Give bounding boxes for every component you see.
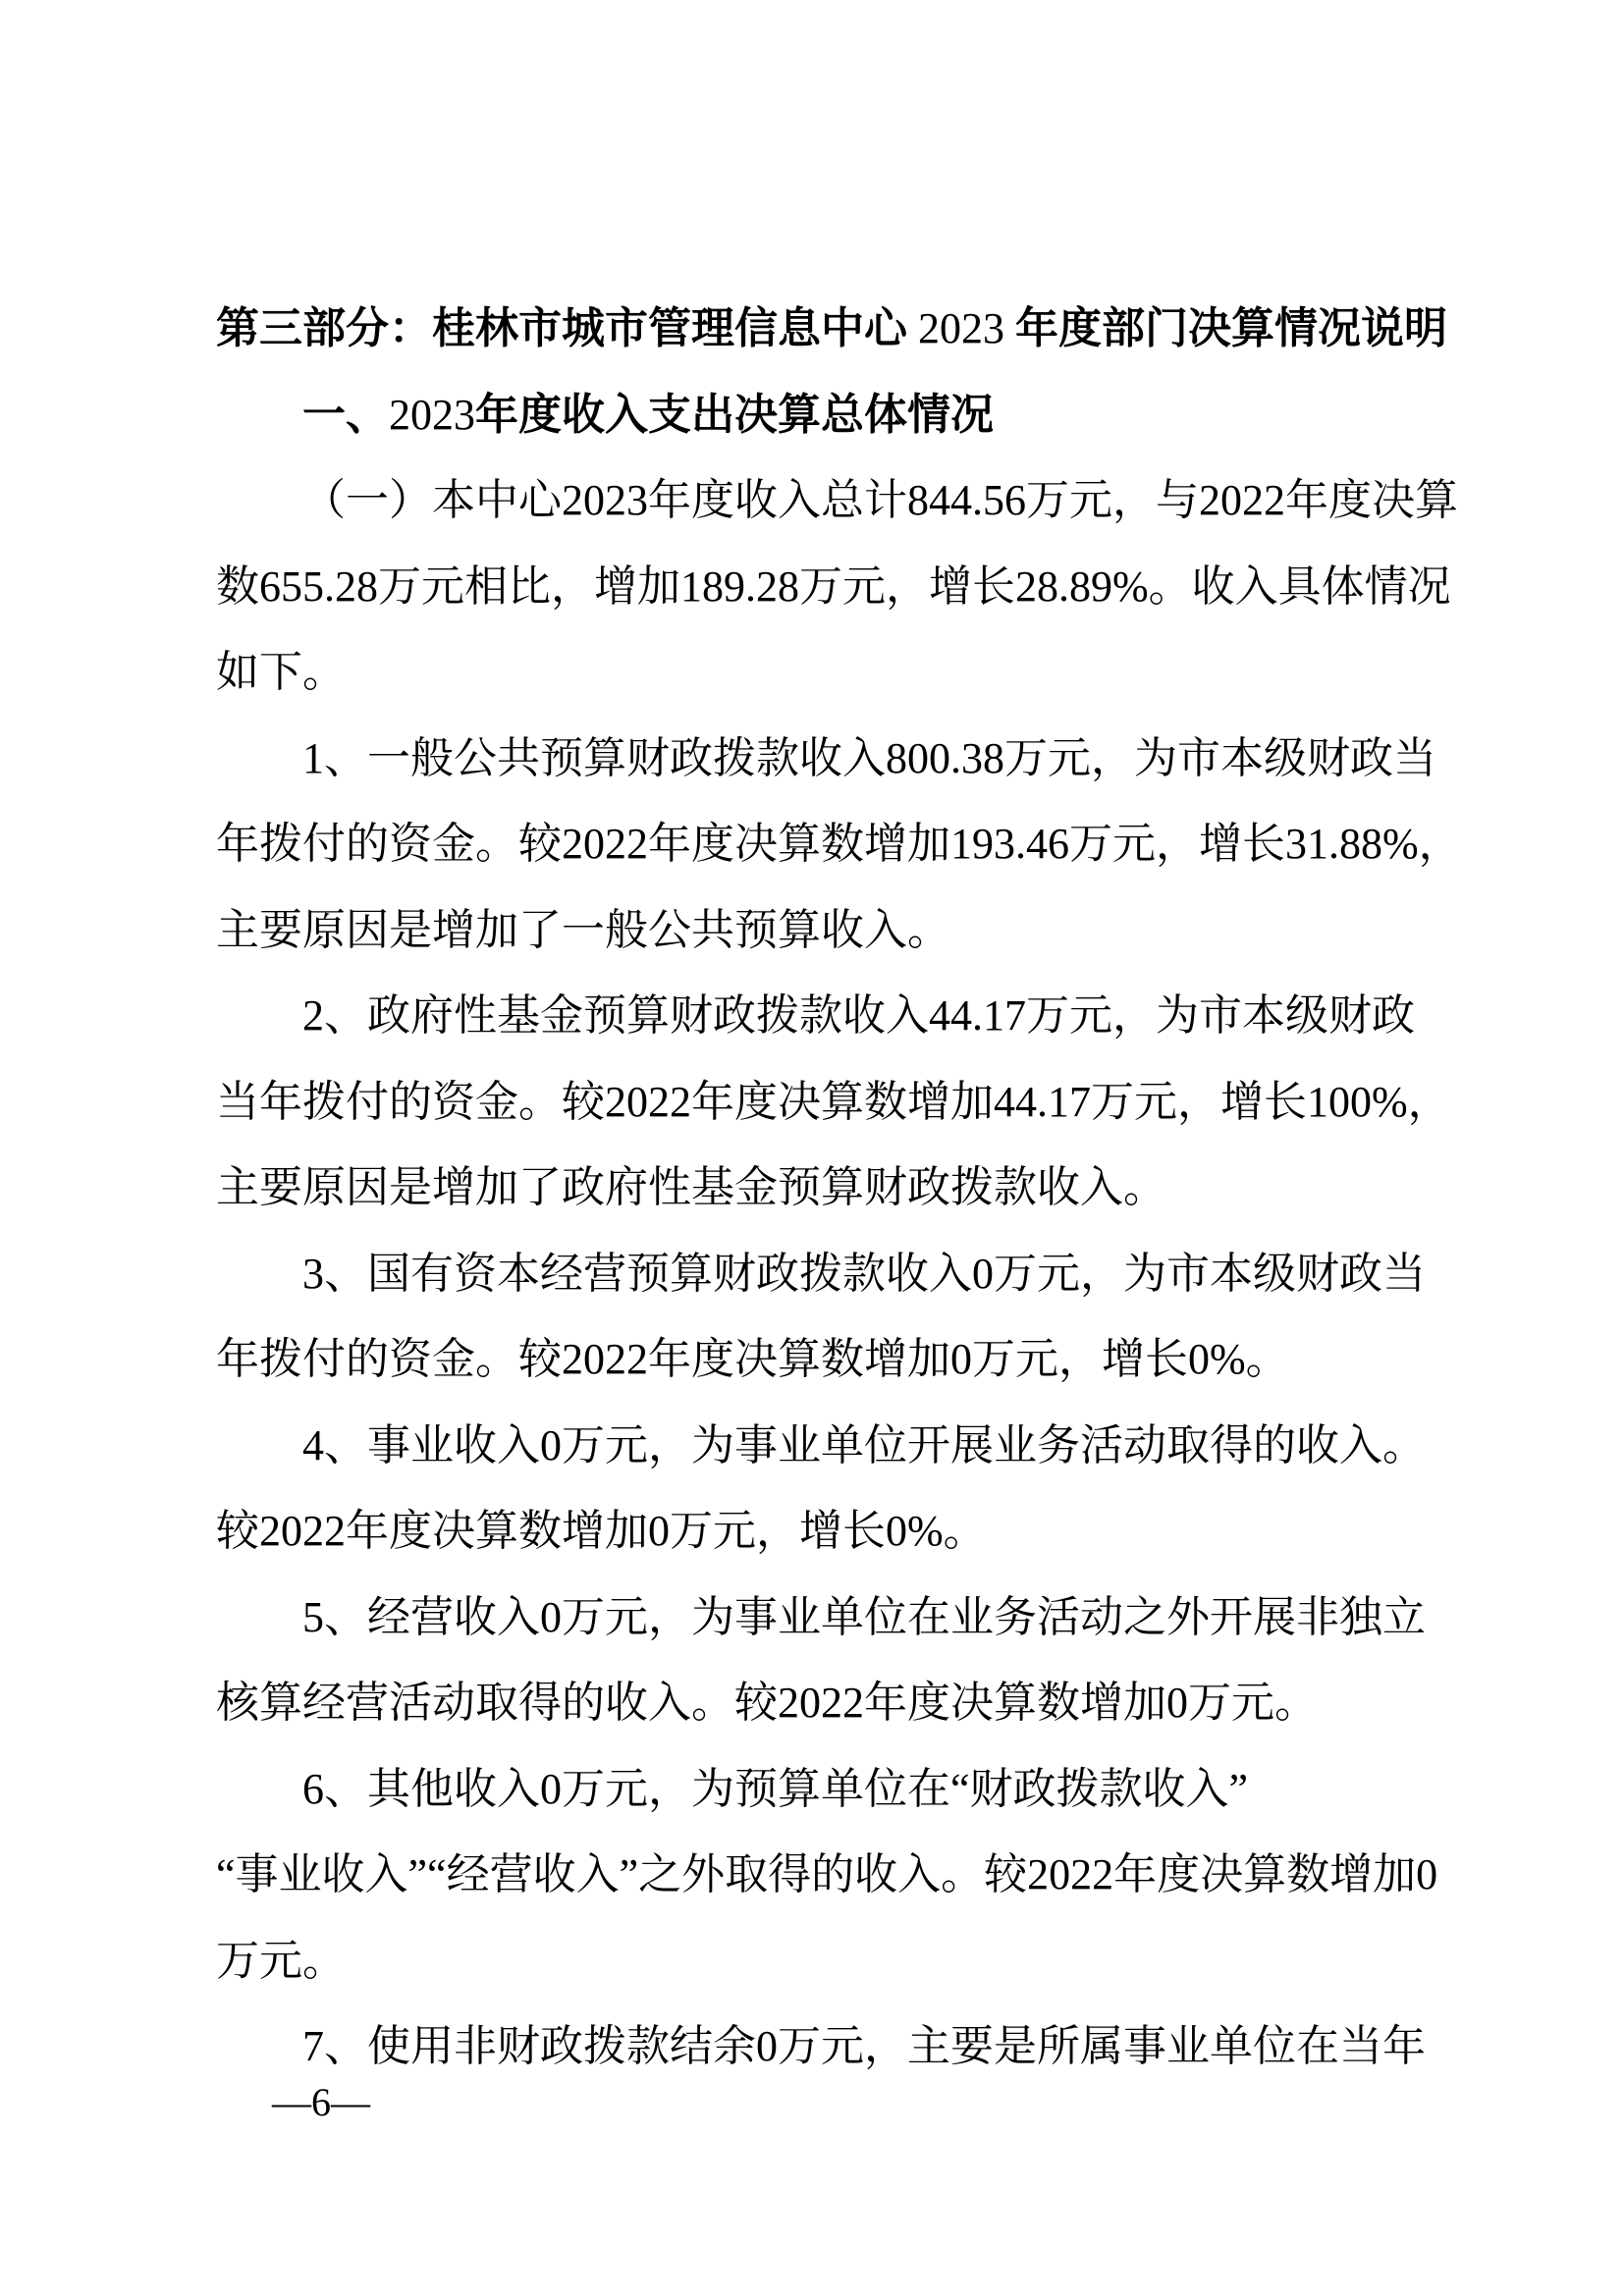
text-segment: 第三部分：桂林市城市管理信息中心 xyxy=(216,304,907,352)
paragraph-line: 6、其他收入0万元，为预算单位在“财政拨款收入” xyxy=(216,1746,1446,1833)
document-page: 第三部分：桂林市城市管理信息中心 2023 年度部门决算情况说明一、2023年度… xyxy=(0,0,1624,2296)
text-segment: 5、经营收入0万元，为事业单位在业务活动之外开展非独立 xyxy=(302,1593,1426,1641)
text-segment: 年度部门决算情况说明 xyxy=(1015,304,1447,352)
text-segment: 1、一般公共预算财政拨款收入800.38万元，为市本级财政当 xyxy=(302,734,1436,782)
numeric-text: 2023 xyxy=(389,391,475,439)
paragraph-line: 万元。 xyxy=(216,1918,1446,2004)
paragraph-line: 较2022年度决算数增加0万元，增长0%。 xyxy=(216,1488,1446,1575)
text-segment: 较2022年度决算数增加0万元，增长0%。 xyxy=(216,1507,987,1555)
text-segment: 核算经营活动取得的收入。较2022年度决算数增加0万元。 xyxy=(216,1679,1318,1727)
paragraph-line: 年拨付的资金。较2022年度决算数增加193.46万元，增长31.88%， xyxy=(216,801,1446,887)
paragraph-line: “事业收入”“经营收入”之外取得的收入。较2022年度决算数增加0 xyxy=(216,1832,1446,1918)
text-segment: 万元。 xyxy=(216,1937,346,1985)
paragraph-line: 3、国有资本经营预算财政拨款收入0万元，为市本级财政当 xyxy=(216,1231,1446,1317)
paragraph-line: 2、政府性基金预算财政拨款收入44.17万元，为市本级财政 xyxy=(216,973,1446,1059)
document-body: 第三部分：桂林市城市管理信息中心 2023 年度部门决算情况说明一、2023年度… xyxy=(216,286,1446,2090)
paragraph-line: 1、一般公共预算财政拨款收入800.38万元，为市本级财政当 xyxy=(216,716,1446,802)
paragraph-line: 5、经营收入0万元，为事业单位在业务活动之外开展非独立 xyxy=(216,1575,1446,1661)
text-segment: 6、其他收入0万元，为预算单位在“财政拨款收入” xyxy=(302,1765,1248,1813)
text-segment: 一、 xyxy=(302,391,389,439)
text-segment: （一）本中心2023年度收入总计844.56万元，与2022年度决算 xyxy=(302,476,1458,524)
part-title: 第三部分：桂林市城市管理信息中心 2023 年度部门决算情况说明 xyxy=(216,286,1446,372)
paragraph-line: 主要原因是增加了政府性基金预算财政拨款收入。 xyxy=(216,1145,1446,1231)
text-segment: 主要原因是增加了政府性基金预算财政拨款收入。 xyxy=(216,1163,1166,1211)
text-segment: 年拨付的资金。较2022年度决算数增加193.46万元，增长31.88%， xyxy=(216,820,1462,868)
paragraph-line: 当年拨付的资金。较2022年度决算数增加44.17万元，增长100%， xyxy=(216,1059,1446,1146)
text-segment: 年度收入支出决算总体情况 xyxy=(475,391,994,439)
paragraph-line: 如下。 xyxy=(216,629,1446,716)
text-segment: 当年拨付的资金。较2022年度决算数增加44.17万元，增长100%， xyxy=(216,1078,1451,1126)
paragraph-line: （一）本中心2023年度收入总计844.56万元，与2022年度决算 xyxy=(216,457,1446,544)
text-segment: 如下。 xyxy=(216,648,346,696)
paragraph-line: 年拨付的资金。较2022年度决算数增加0万元，增长0%。 xyxy=(216,1316,1446,1403)
text-segment: 2、政府性基金预算财政拨款收入44.17万元，为市本级财政 xyxy=(302,991,1415,1040)
paragraph-line: 4、事业收入0万元，为事业单位开展业务活动取得的收入。 xyxy=(216,1403,1446,1489)
paragraph-line: 核算经营活动取得的收入。较2022年度决算数增加0万元。 xyxy=(216,1660,1446,1746)
text-segment: 4、事业收入0万元，为事业单位开展业务活动取得的收入。 xyxy=(302,1421,1426,1469)
text-segment: 3、国有资本经营预算财政拨款收入0万元，为市本级财政当 xyxy=(302,1250,1426,1298)
paragraph-line: 数655.28万元相比，增加189.28万元，增长28.89%。收入具体情况 xyxy=(216,544,1446,630)
text-segment: 数655.28万元相比，增加189.28万元，增长28.89%。收入具体情况 xyxy=(216,562,1451,611)
text-segment: 7、使用非财政拨款结余0万元，主要是所属事业单位在当年 xyxy=(302,2022,1426,2070)
text-segment: “事业收入”“经营收入”之外取得的收入。较2022年度决算数增加0 xyxy=(216,1850,1437,1898)
text-segment: 年拨付的资金。较2022年度决算数增加0万元，增长0%。 xyxy=(216,1335,1289,1383)
text-segment: 主要原因是增加了一般公共预算收入。 xyxy=(216,906,950,954)
numeric-text: 2023 xyxy=(907,304,1015,352)
page-number-footer: —6— xyxy=(272,2081,370,2124)
paragraph-line: 7、使用非财政拨款结余0万元，主要是所属事业单位在当年 xyxy=(216,2003,1446,2090)
paragraph-line: 主要原因是增加了一般公共预算收入。 xyxy=(216,887,1446,974)
section-heading: 一、2023年度收入支出决算总体情况 xyxy=(216,372,1446,458)
